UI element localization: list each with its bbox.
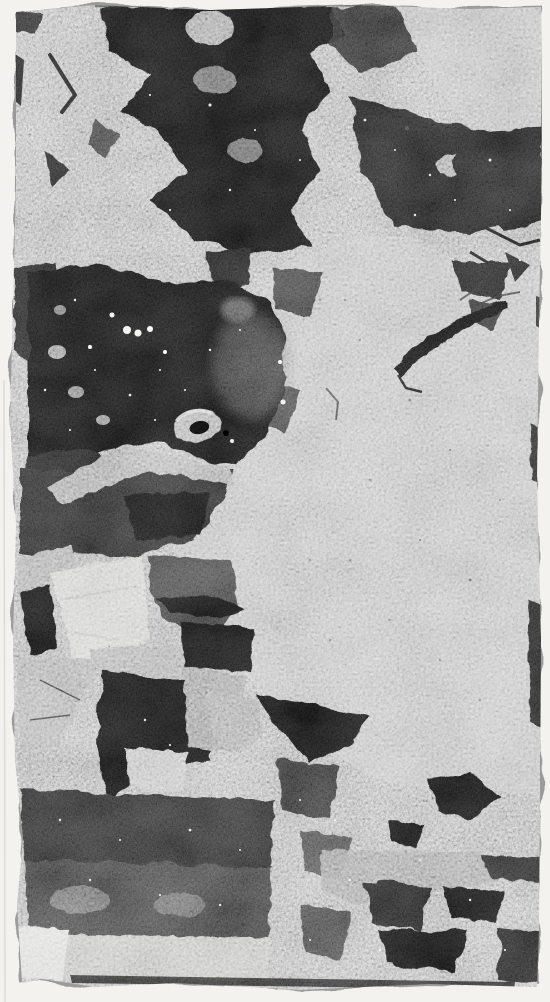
photo-page [0, 0, 550, 1002]
breccia-photograph [0, 0, 550, 1002]
paper-crease [4, 380, 5, 1002]
tonal-blotch-overlay [0, 0, 550, 1002]
rock-regions [0, 0, 550, 1002]
